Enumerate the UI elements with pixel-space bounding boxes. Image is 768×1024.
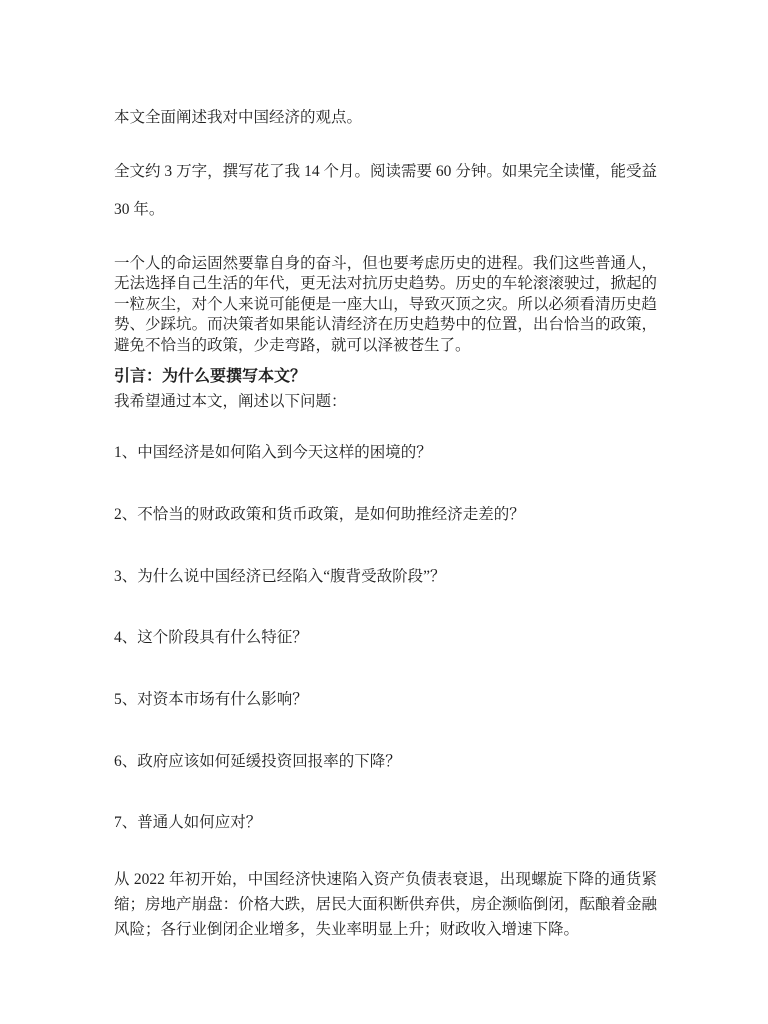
question-item-1: 1、中国经济是如何陷入到今天这样的困境的？ xyxy=(114,442,657,463)
question-item-2: 2、不恰当的财政政策和货币政策，是如何助推经济走差的？ xyxy=(114,504,657,525)
document-page: 本文全面阐述我对中国经济的观点。 全文约 3 万字，撰写花了我 14 个月。阅读… xyxy=(0,0,768,1024)
question-item-5: 5、对资本市场有什么影响？ xyxy=(114,689,657,710)
question-item-3: 3、为什么说中国经济已经陷入“腹背受敌阶段”？ xyxy=(114,566,657,587)
paragraph-closing: 从 2022 年初开始，中国经济快速陷入资产负债表衰退，出现螺旋下降的通货紧缩；… xyxy=(114,867,657,942)
section-heading: 引言：为什么要撰写本文？ xyxy=(114,366,657,387)
section-intro: 我希望通过本文，阐述以下问题： xyxy=(114,391,657,412)
question-item-7: 7、普通人如何应对？ xyxy=(114,812,657,833)
paragraph-intro: 本文全面阐述我对中国经济的观点。 xyxy=(114,108,657,128)
question-item-4: 4、这个阶段具有什么特征？ xyxy=(114,627,657,648)
paragraph-stats: 全文约 3 万字，撰写花了我 14 个月。阅读需要 60 分钟。如果完全读懂，能… xyxy=(114,153,657,229)
question-item-6: 6、政府应该如何延缓投资回报率的下降？ xyxy=(114,751,657,772)
paragraph-destiny: 一个人的命运固然要靠自身的奋斗，但也要考虑历史的进程。我们这些普通人，无法选择自… xyxy=(114,254,657,357)
